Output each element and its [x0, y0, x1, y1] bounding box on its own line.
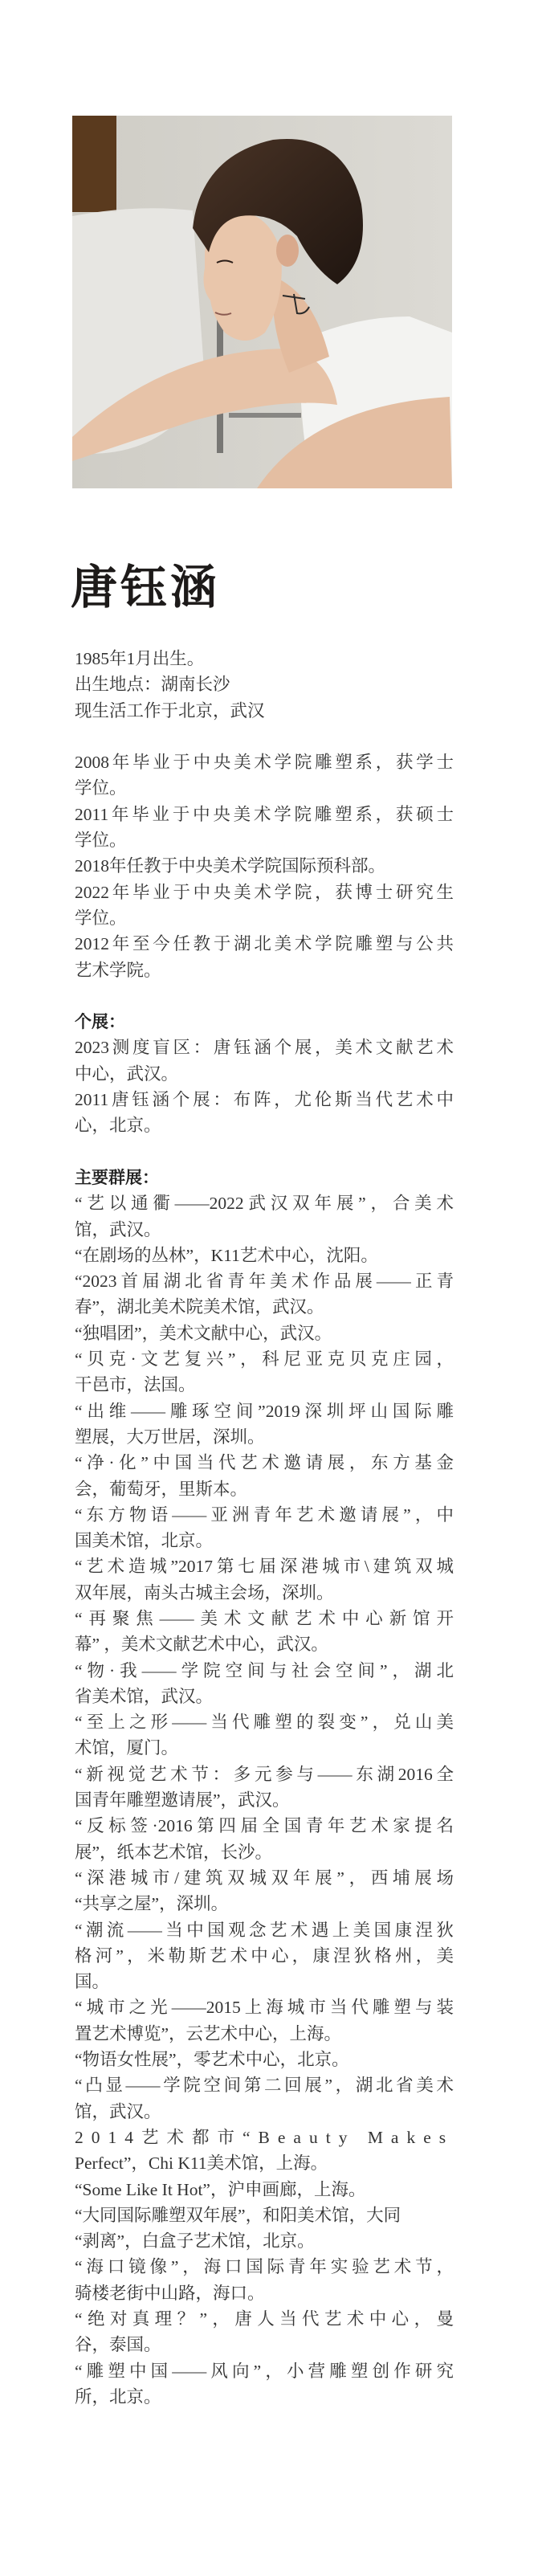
text-line: 馆，武汉。 — [75, 2099, 454, 2125]
group-exhibition-item: “净·化”中国当代艺术邀请展，东方基金会，葡萄牙，里斯本。 — [75, 1450, 454, 1502]
group-exhibition-item: “再聚焦——美术文献艺术中心新馆开幕” ，美术文献艺术中心，武汉。 — [75, 1606, 454, 1658]
solo-exhibitions-list: 2023测度盲区：唐钰涵个展，美术文献艺术 中心，武汉。 2011唐钰涵个展：布… — [75, 1035, 454, 1138]
text-line: 2023测度盲区：唐钰涵个展，美术文献艺术 — [75, 1035, 454, 1060]
text-line: “绝对真理？”，唐人当代艺术中心，曼 — [75, 2306, 454, 2332]
group-exhibition-item: “艺术造城”2017第七届深港城市\建筑双城双年展，南头古城主会场，深圳。 — [75, 1553, 454, 1606]
text-line: “城市之光——2015上海城市当代雕塑与装 — [75, 1994, 454, 2020]
text-line: 幕” ，美术文献艺术中心，武汉。 — [75, 1631, 454, 1657]
text-line: 中心，武汉。 — [75, 1061, 454, 1087]
text-line: 2011唐钰涵个展：布阵，尤伦斯当代艺术中 — [75, 1087, 454, 1112]
group-exhibition-item: “至上之形——当代雕塑的裂变”，兑山美术馆，厦门。 — [75, 1709, 454, 1762]
artist-profile-page: 唐钰涵 1985年1月出生。 出生地点：湖南长沙 现生活工作于北京，武汉 200… — [0, 0, 542, 2576]
text-line: “独唱团”，美术文献中心，武汉。 — [75, 1321, 454, 1346]
education-list: 2008年毕业于中央美术学院雕塑系，获学士 学位。 2011年毕业于中央美术学院… — [75, 749, 454, 983]
text-line: 双年展，南头古城主会场，深圳。 — [75, 1580, 454, 1606]
text-line: 馆，武汉。 — [75, 1217, 454, 1243]
group-exhibition-item: “大同国际雕塑双年展”，和阳美术馆，大同 — [75, 2202, 454, 2228]
basic-info: 1985年1月出生。 出生地点：湖南长沙 现生活工作于北京，武汉 — [75, 646, 454, 724]
text-line: 骑楼老街中山路，海口。 — [75, 2280, 454, 2306]
text-line: 展”，纸本艺术馆，长沙。 — [75, 1839, 454, 1865]
spacer — [75, 983, 454, 1009]
group-exhibition-item: “东方物语——亚洲青年艺术邀请展”，中国美术馆，北京。 — [75, 1502, 454, 1554]
text-line: “再聚焦——美术文献艺术中心新馆开 — [75, 1606, 454, 1631]
text-line: “2023首届湖北省青年美术作品展——正青 — [75, 1268, 454, 1294]
text-line: “艺术造城”2017第七届深港城市\建筑双城 — [75, 1553, 454, 1579]
text-line: 谷，泰国。 — [75, 2332, 454, 2358]
portrait-illustration — [72, 116, 452, 488]
group-exhibition-item: “物语女性展”，零艺术中心，北京。 — [75, 2047, 454, 2072]
text-line: 置艺术博览”，云艺术中心，上海。 — [75, 2021, 454, 2047]
text-line: “新视觉艺术节：多元参与——东湖2016全 — [75, 1762, 454, 1787]
education-item: 2022年毕业于中央美术学院，获博士研究生 学位。 — [75, 880, 454, 932]
text-line: 格河”，米勒斯艺术中心，康涅狄格州，美 — [75, 1943, 454, 1969]
group-exhibition-item: “独唱团”，美术文献中心，武汉。 — [75, 1321, 454, 1346]
text-line: 2012年至今任教于湖北美术学院雕塑与公共 — [75, 931, 454, 957]
text-line: 艺术学院。 — [75, 957, 454, 983]
text-line: “共享之屋”，深圳。 — [75, 1891, 454, 1917]
group-exhibition-item: “在剧场的丛林”，K11艺术中心，沈阳。 — [75, 1243, 454, 1268]
text-line: 省美术馆，武汉。 — [75, 1684, 454, 1709]
group-exhibition-item: “反标签·2016第四届全国青年艺术家提名展”，纸本艺术馆，长沙。 — [75, 1813, 454, 1865]
text-line: 会，葡萄牙，里斯本。 — [75, 1476, 454, 1502]
text-line: 2014艺术都市“Beauty Makes — [75, 2125, 454, 2150]
text-line: 国。 — [75, 1969, 454, 1994]
group-exhibition-item: “雕塑中国——风向”，小营雕塑创作研究所，北京。 — [75, 2358, 454, 2411]
text-line: “在剧场的丛林”，K11艺术中心，沈阳。 — [75, 1243, 454, 1268]
text-line: “物语女性展”，零艺术中心，北京。 — [75, 2047, 454, 2072]
text-line: “大同国际雕塑双年展”，和阳美术馆，大同 — [75, 2202, 454, 2228]
text-line: “剥离”，白盒子艺术馆，北京。 — [75, 2228, 454, 2254]
text-line: 心，北京。 — [75, 1112, 454, 1138]
text-line: 学位。 — [75, 775, 454, 801]
text-line: “东方物语——亚洲青年艺术邀请展”，中 — [75, 1502, 454, 1528]
text-line: “物·我——学院空间与社会空间”，湖北 — [75, 1658, 454, 1684]
text-line: 塑展，大万世居，深圳。 — [75, 1424, 454, 1450]
text-line: 2011年毕业于中央美术学院雕塑系，获硕士 — [75, 802, 454, 827]
group-exhibition-item: “贝克·文艺复兴”，科尼亚克贝克庄园，干邑市，法国。 — [75, 1346, 454, 1398]
birth-place: 出生地点：湖南长沙 — [75, 672, 454, 697]
group-exhibition-item: “剥离”，白盒子艺术馆，北京。 — [75, 2228, 454, 2254]
group-exhibition-item: 2014艺术都市“Beauty MakesPerfect”，Chi K11美术馆… — [75, 2125, 454, 2177]
education-item: 2012年至今任教于湖北美术学院雕塑与公共 艺术学院。 — [75, 931, 454, 983]
text-line: “凸显——学院空间第二回展”，湖北省美术 — [75, 2072, 454, 2098]
text-line: “至上之形——当代雕塑的裂变”，兑山美 — [75, 1709, 454, 1735]
group-exhibitions-heading: 主要群展： — [75, 1165, 454, 1190]
birth-date: 1985年1月出生。 — [75, 646, 454, 672]
group-exhibition-item: “城市之光——2015上海城市当代雕塑与装置艺术博览”，云艺术中心，上海。 — [75, 1994, 454, 2047]
text-line: “潮流——当中国观念艺术遇上美国康涅狄 — [75, 1917, 454, 1943]
text-line: “出维——雕琢空间”2019深圳坪山国际雕 — [75, 1398, 454, 1424]
solo-exhibition-item: 2011唐钰涵个展：布阵，尤伦斯当代艺术中 心，北京。 — [75, 1087, 454, 1139]
text-line: “深港城市/建筑双城双年展”，西埔展场 — [75, 1865, 454, 1891]
current-residence: 现生活工作于北京，武汉 — [75, 698, 454, 724]
group-exhibition-item: “出维——雕琢空间”2019深圳坪山国际雕塑展，大万世居，深圳。 — [75, 1398, 454, 1451]
text-line: “艺以通衢——2022武汉双年展”，合美术 — [75, 1190, 454, 1216]
text-line: “雕塑中国——风向”，小营雕塑创作研究 — [75, 2358, 454, 2384]
artist-portrait-photo — [72, 116, 452, 488]
education-item: 2018年任教于中央美术学院国际预科部。 — [75, 853, 454, 879]
education-item: 2008年毕业于中央美术学院雕塑系，获学士 学位。 — [75, 749, 454, 802]
text-line: 国美术馆，北京。 — [75, 1528, 454, 1553]
spacer — [75, 724, 454, 749]
group-exhibition-item: “凸显——学院空间第二回展”，湖北省美术馆，武汉。 — [75, 2072, 454, 2125]
text-line: 国青年雕塑邀请展”，武汉。 — [75, 1787, 454, 1813]
group-exhibition-item: “Some Like It Hot”，沪申画廊，上海。 — [75, 2177, 454, 2202]
text-line: “反标签·2016第四届全国青年艺术家提名 — [75, 1813, 454, 1839]
text-line: 2018年任教于中央美术学院国际预科部。 — [75, 853, 454, 879]
solo-exhibition-item: 2023测度盲区：唐钰涵个展，美术文献艺术 中心，武汉。 — [75, 1035, 454, 1087]
spacer — [75, 1139, 454, 1165]
text-line: “贝克·文艺复兴”，科尼亚克贝克庄园， — [75, 1346, 454, 1372]
text-line: 术馆，厦门。 — [75, 1735, 454, 1761]
group-exhibition-item: “艺以通衢——2022武汉双年展”，合美术馆，武汉。 — [75, 1190, 454, 1243]
solo-exhibitions-heading: 个展： — [75, 1009, 454, 1035]
text-line: “净·化”中国当代艺术邀请展，东方基金 — [75, 1450, 454, 1476]
text-line: Perfect”，Chi K11美术馆，上海。 — [75, 2150, 454, 2176]
group-exhibition-item: “绝对真理？”，唐人当代艺术中心，曼谷，泰国。 — [75, 2306, 454, 2358]
text-line: 学位。 — [75, 827, 454, 853]
text-line: 学位。 — [75, 905, 454, 931]
group-exhibition-item: “新视觉艺术节：多元参与——东湖2016全国青年雕塑邀请展”，武汉。 — [75, 1762, 454, 1814]
text-line: 2008年毕业于中央美术学院雕塑系，获学士 — [75, 749, 454, 775]
education-item: 2011年毕业于中央美术学院雕塑系，获硕士 学位。 — [75, 802, 454, 854]
text-line: “Some Like It Hot”，沪申画廊，上海。 — [75, 2177, 454, 2202]
text-line: 2022年毕业于中央美术学院，获博士研究生 — [75, 880, 454, 905]
group-exhibition-item: “2023首届湖北省青年美术作品展——正青春”，湖北美术院美术馆，武汉。 — [75, 1268, 454, 1321]
group-exhibition-item: “海口镜像”，海口国际青年实验艺术节，骑楼老街中山路，海口。 — [75, 2254, 454, 2306]
text-line: “海口镜像”，海口国际青年实验艺术节， — [75, 2254, 454, 2280]
text-line: 所，北京。 — [75, 2384, 454, 2410]
artist-name: 唐钰涵 — [71, 557, 220, 617]
bio-body: 1985年1月出生。 出生地点：湖南长沙 现生活工作于北京，武汉 2008年毕业… — [75, 646, 454, 2410]
group-exhibition-item: “潮流——当中国观念艺术遇上美国康涅狄格河”，米勒斯艺术中心，康涅狄格州，美国。 — [75, 1917, 454, 1995]
group-exhibition-item: “物·我——学院空间与社会空间”，湖北省美术馆，武汉。 — [75, 1658, 454, 1710]
text-line: 春”，湖北美术院美术馆，武汉。 — [75, 1294, 454, 1320]
text-line: 干邑市，法国。 — [75, 1372, 454, 1398]
group-exhibition-item: “深港城市/建筑双城双年展”，西埔展场“共享之屋”，深圳。 — [75, 1865, 454, 1917]
group-exhibitions-list: “艺以通衢——2022武汉双年展”，合美术馆，武汉。“在剧场的丛林”，K11艺术… — [75, 1190, 454, 2410]
